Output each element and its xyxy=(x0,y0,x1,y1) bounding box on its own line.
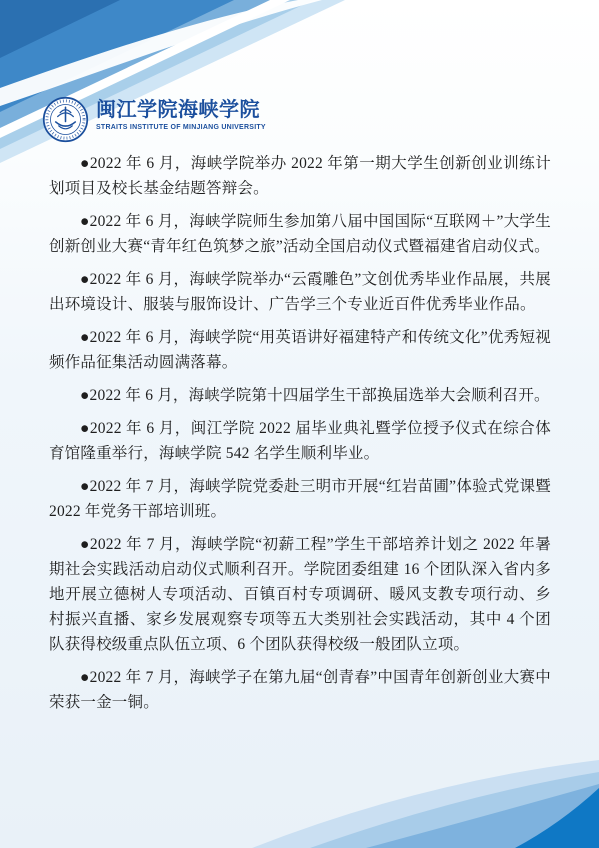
bullet-paragraph: ●2022 年 7 月，海峡学院党委赴三明市开展“红岩苗圃”体验式党课暨 202… xyxy=(49,474,551,524)
logo-title: 闽江学院海峡学院 xyxy=(96,99,266,121)
bullet-paragraph: ●2022 年 6 月，海峡学院“用英语讲好福建特产和传统文化”优秀短视频作品征… xyxy=(49,325,551,375)
page-container: 闽江学院海峡学院 STRAITS INSTITUTE OF MINJIANG U… xyxy=(0,0,599,848)
bottom-swoosh-decoration xyxy=(0,720,599,848)
bullet-paragraph: ●2022 年 6 月，海峡学院第十四届学生干部换届选举大会顺利召开。 xyxy=(49,383,551,408)
bullet-paragraph: ●2022 年 7 月，海峡学院“初薪工程”学生干部培养计划之 2022 年暑期… xyxy=(49,532,551,657)
bullet-paragraph: ●2022 年 7 月，海峡学子在第九届“创青春”中国青年创新创业大赛中荣获一金… xyxy=(49,665,551,715)
bullet-paragraph: ●2022 年 6 月，海峡学院举办 2022 年第一期大学生创新创业训练计划项… xyxy=(49,151,551,201)
university-logo: 闽江学院海峡学院 STRAITS INSTITUTE OF MINJIANG U… xyxy=(42,96,266,143)
bullet-paragraph: ●2022 年 6 月，海峡学院举办“云霞雕色”文创优秀毕业作品展，共展出环境设… xyxy=(49,267,551,317)
top-swoosh-decoration xyxy=(0,0,599,170)
bullet-paragraph: ●2022 年 6 月，海峡学院师生参加第八届中国国际“互联网＋”大学生创新创业… xyxy=(49,209,551,259)
university-seal-icon xyxy=(42,96,89,143)
logo-text-block: 闽江学院海峡学院 STRAITS INSTITUTE OF MINJIANG U… xyxy=(96,99,266,133)
bullet-paragraph: ●2022 年 6 月，闽江学院 2022 届毕业典礼暨学位授予仪式在综合体育馆… xyxy=(49,416,551,466)
newsletter-body: ●2022 年 6 月，海峡学院举办 2022 年第一期大学生创新创业训练计划项… xyxy=(49,151,551,723)
logo-subtitle: STRAITS INSTITUTE OF MINJIANG UNIVERSITY xyxy=(96,123,266,133)
